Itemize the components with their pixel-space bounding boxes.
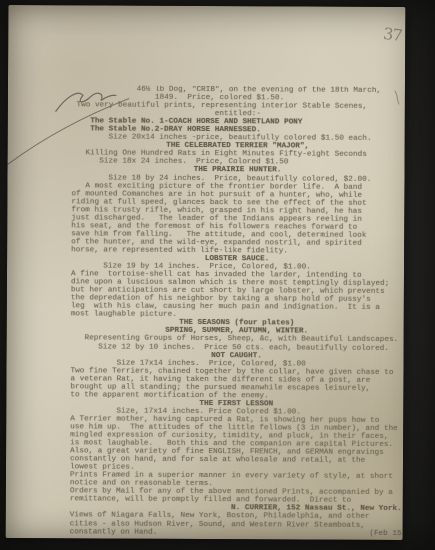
photo-background: 37 46½ lb Dog, "CRIB", on the evening of… bbox=[0, 0, 435, 550]
document-page: 37 46½ lb Dog, "CRIB", on the evening of… bbox=[6, 5, 406, 540]
text-line-left: constantly on Hand. bbox=[70, 528, 158, 537]
text-line-right: (Feb 15 bbox=[369, 529, 401, 537]
document-text: 46½ lb Dog, "CRIB", on the evening of th… bbox=[70, 85, 404, 539]
handwritten-page-number: 37 bbox=[382, 24, 403, 45]
